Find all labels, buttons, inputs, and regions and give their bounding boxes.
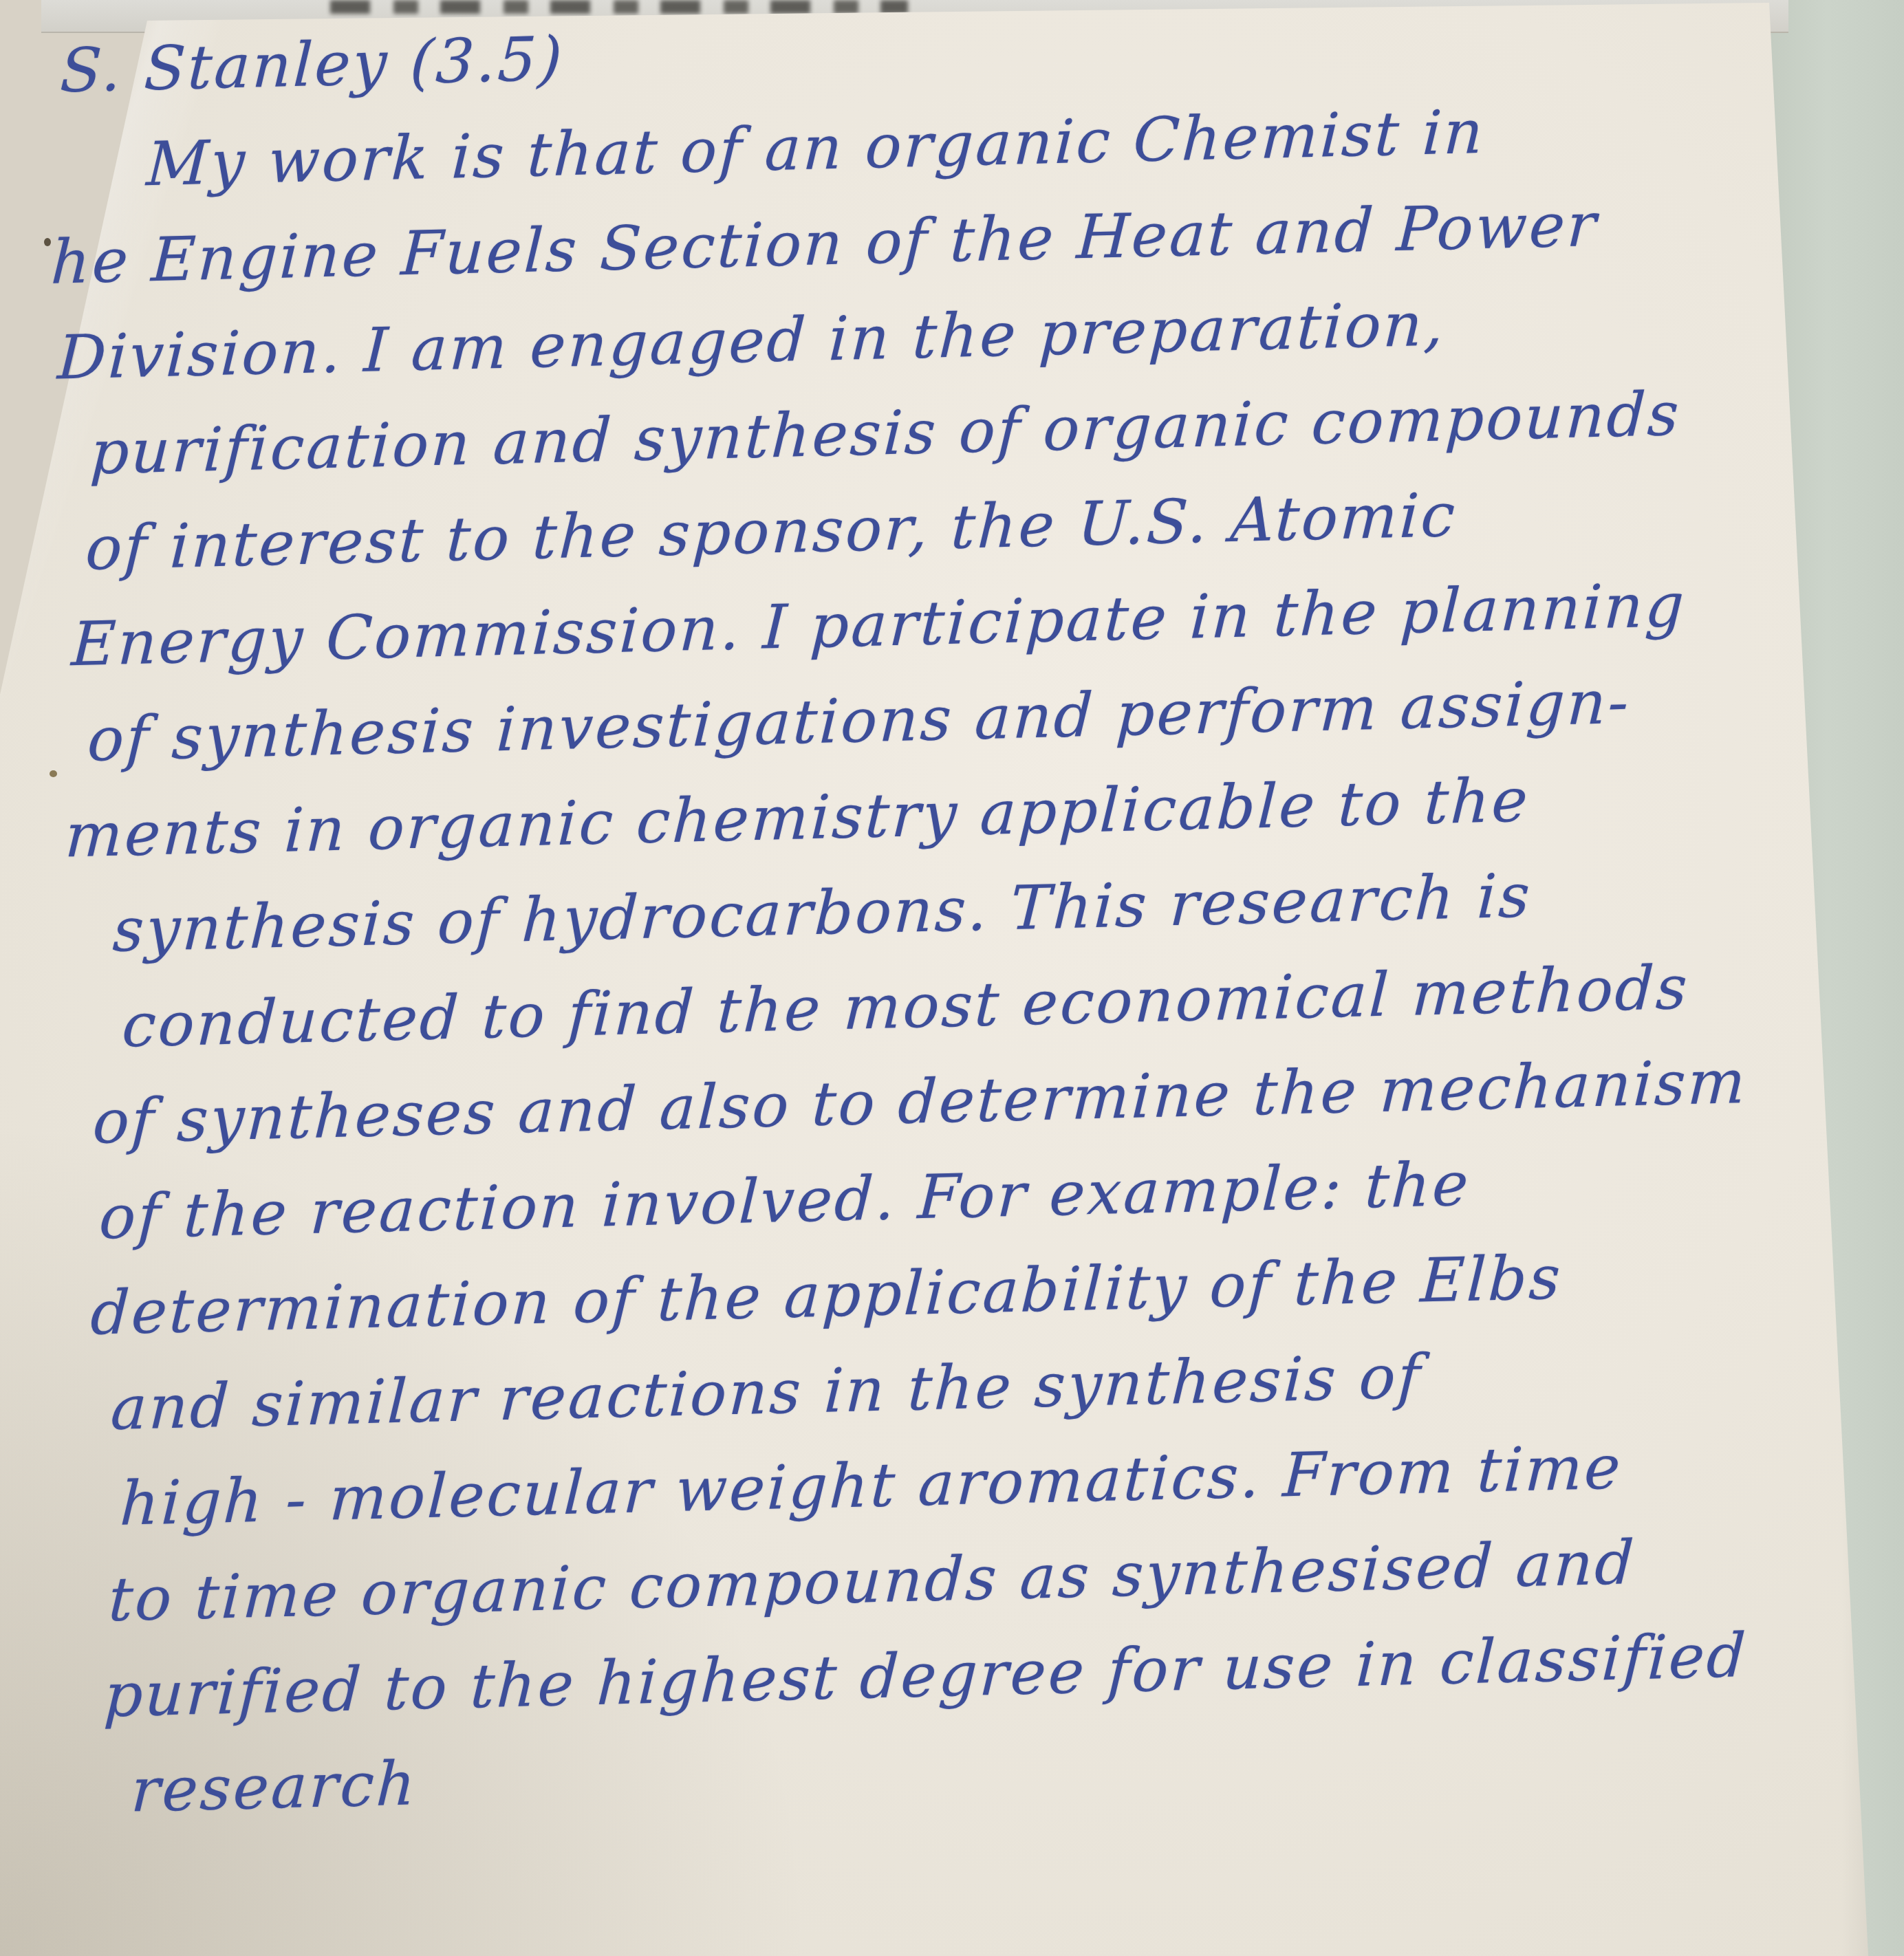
photo-of-handwritten-page: S. Stanley (3.5) My work is that of an o… [0, 0, 1904, 1956]
paper-speck [50, 770, 57, 777]
manuscript-text: S. Stanley (3.5) My work is that of an o… [40, 0, 1859, 1839]
